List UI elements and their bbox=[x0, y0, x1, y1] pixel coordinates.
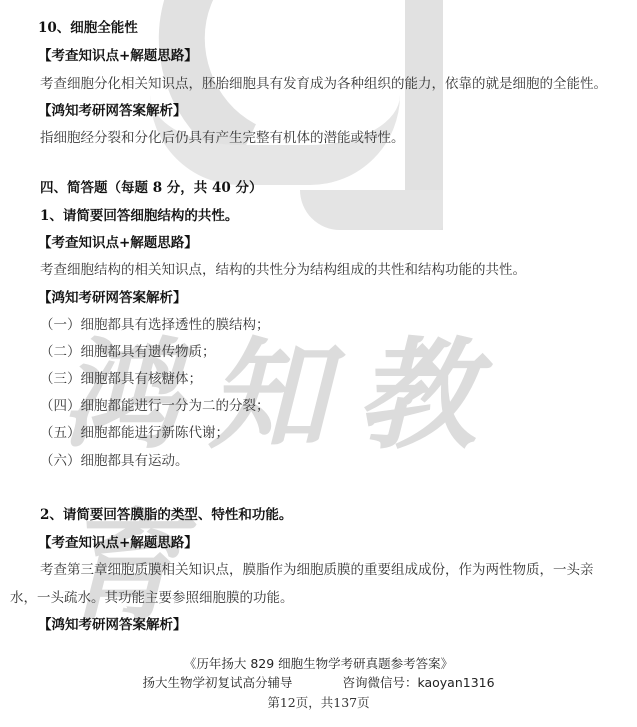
section-10-kp-label: 【考查知识点+解题思路】 bbox=[38, 47, 198, 65]
q1-item: （五）细胞都能进行新陈代谢； bbox=[40, 424, 229, 442]
q2-kp-text-line1: 考查第三章细胞质膜相关知识点，膜脂作为细胞质膜的重要组成成份，作为两性物质，一头… bbox=[40, 561, 594, 579]
q2-ans-label: 【鸿知考研网答案解析】 bbox=[38, 616, 187, 634]
q1-kp-text: 考查细胞结构的相关知识点，结构的共性分为结构组成的共性和结构功能的共性。 bbox=[40, 261, 526, 279]
footer-page-number: 第12页，共137页 bbox=[0, 693, 637, 711]
q2-kp-label: 【考查知识点+解题思路】 bbox=[38, 534, 198, 552]
watermark-logo-bar bbox=[405, 0, 443, 230]
q2-title: 2、请简要回答膜脂的类型、特性和功能。 bbox=[40, 506, 292, 524]
watermark-logo-foot bbox=[300, 190, 443, 230]
q1-kp-label: 【考查知识点+解题思路】 bbox=[38, 234, 198, 252]
q1-item: （二）细胞都具有遗传物质； bbox=[40, 343, 216, 361]
section-10-ans-label: 【鸿知考研网答案解析】 bbox=[38, 102, 187, 120]
footer-contact: 咨询微信号：kaoyan1316 bbox=[342, 673, 494, 691]
q1-item: （四）细胞都能进行一分为二的分裂； bbox=[40, 397, 270, 415]
footer-info-row: 扬大生物学初复试高分辅导 咨询微信号：kaoyan1316 bbox=[0, 673, 637, 691]
q1-title: 1、请简要回答细胞结构的共性。 bbox=[40, 207, 238, 225]
footer-book-title: 《历年扬大 829 细胞生物学考研真题参考答案》 bbox=[0, 654, 637, 672]
section-10-ans-text: 指细胞经分裂和分化后仍具有产生完整有机体的潜能或特性。 bbox=[40, 129, 405, 147]
part4-title: 四、简答题（每题 8 分，共 40 分） bbox=[40, 179, 262, 197]
section-10-title: 10、细胞全能性 bbox=[38, 19, 138, 37]
q2-kp-text-line2: 水，一头疏水。其功能主要参照细胞膜的功能。 bbox=[10, 589, 294, 607]
q1-item: （三）细胞都具有核糖体； bbox=[40, 370, 202, 388]
section-10-kp-text: 考查细胞分化相关知识点，胚胎细胞具有发育成为各种组织的能力，依靠的就是细胞的全能… bbox=[40, 75, 607, 93]
q1-ans-label: 【鸿知考研网答案解析】 bbox=[38, 289, 187, 307]
q1-item: （六）细胞都具有运动。 bbox=[40, 452, 189, 470]
footer-tutoring: 扬大生物学初复试高分辅导 bbox=[142, 673, 292, 691]
q1-item: （一）细胞都具有选择透性的膜结构； bbox=[40, 316, 270, 334]
